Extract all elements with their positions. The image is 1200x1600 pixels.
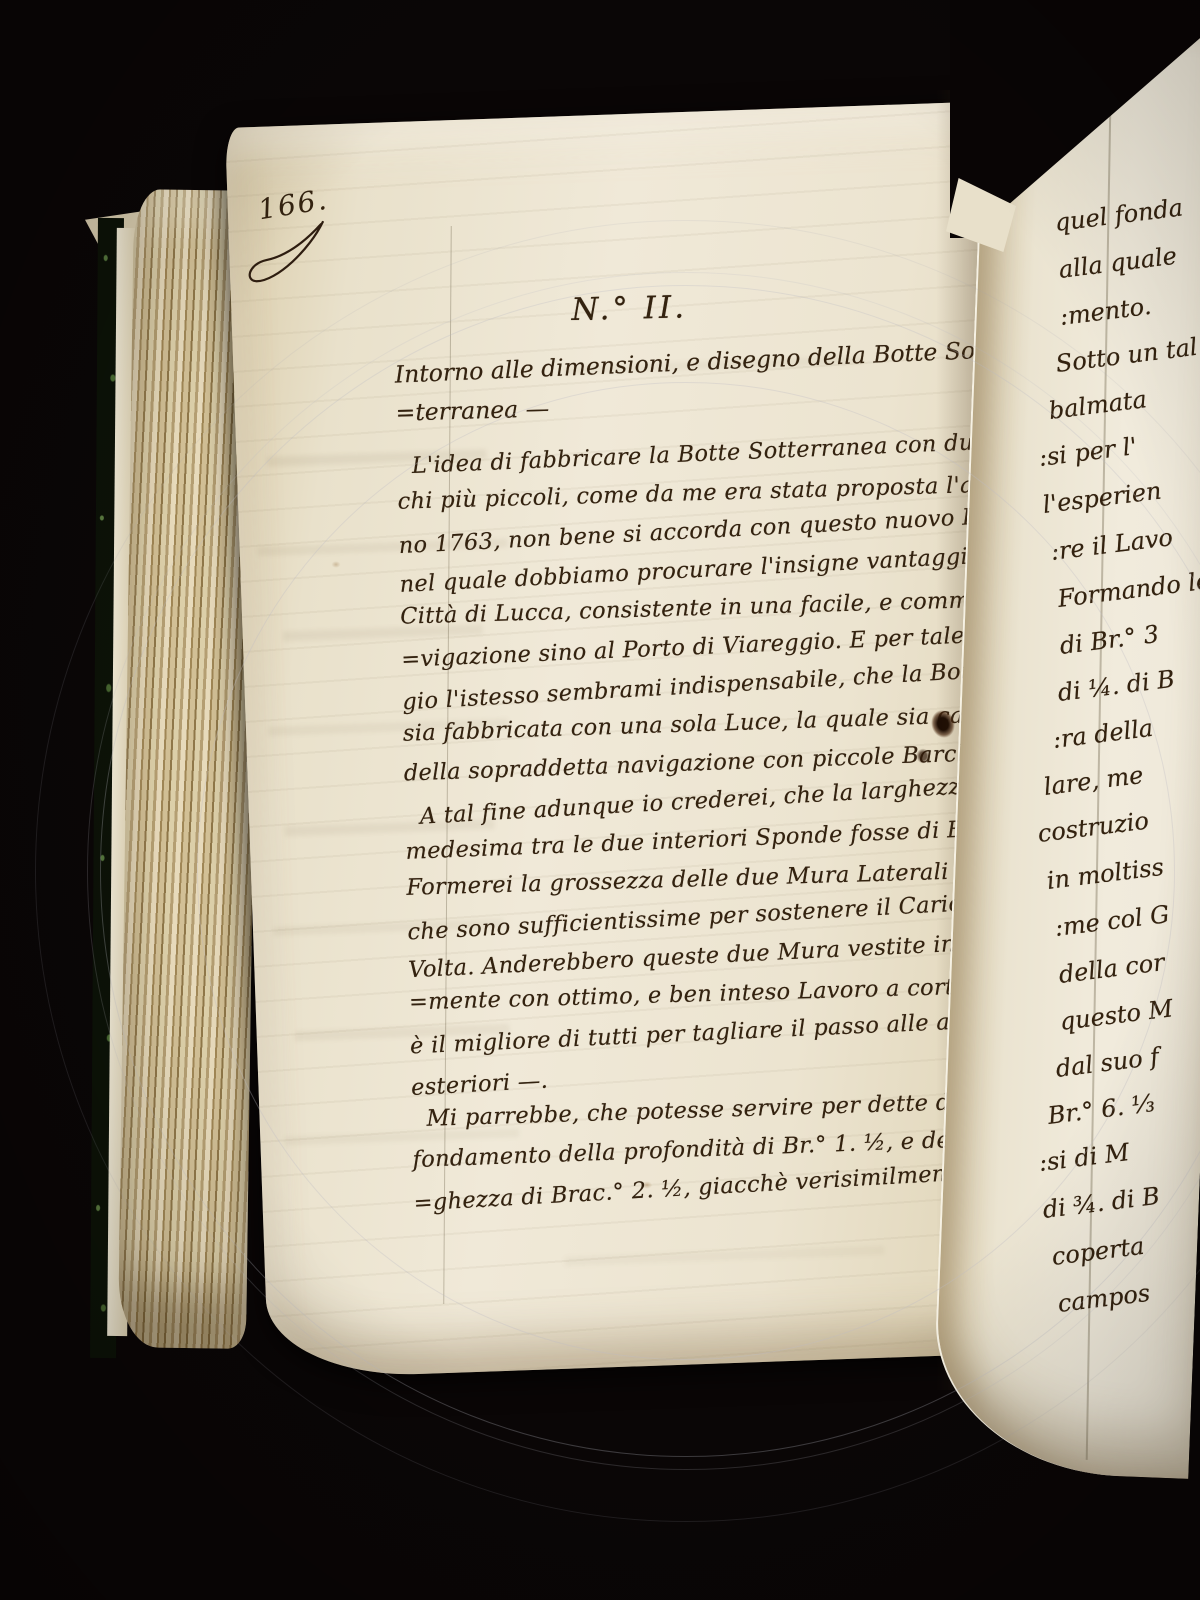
foxing-spot	[330, 560, 342, 569]
section-title: Intorno alle dimensioni, e disegno della…	[394, 335, 988, 432]
right-page-text-fragments: quel fondaalla quale:mento.Sotto un talb…	[1022, 200, 1200, 1328]
manuscript-body: L'idea di fabbricare la Botte Sotterrane…	[396, 429, 1005, 1214]
ink-blot-small	[914, 746, 932, 766]
page-number-flourish	[237, 217, 335, 292]
manuscript-photo: 166. N.° II. Intorno alle dimensioni, e …	[0, 0, 1200, 1600]
left-page-text: N.° II. Intorno alle dimensioni, e diseg…	[393, 283, 1006, 1214]
